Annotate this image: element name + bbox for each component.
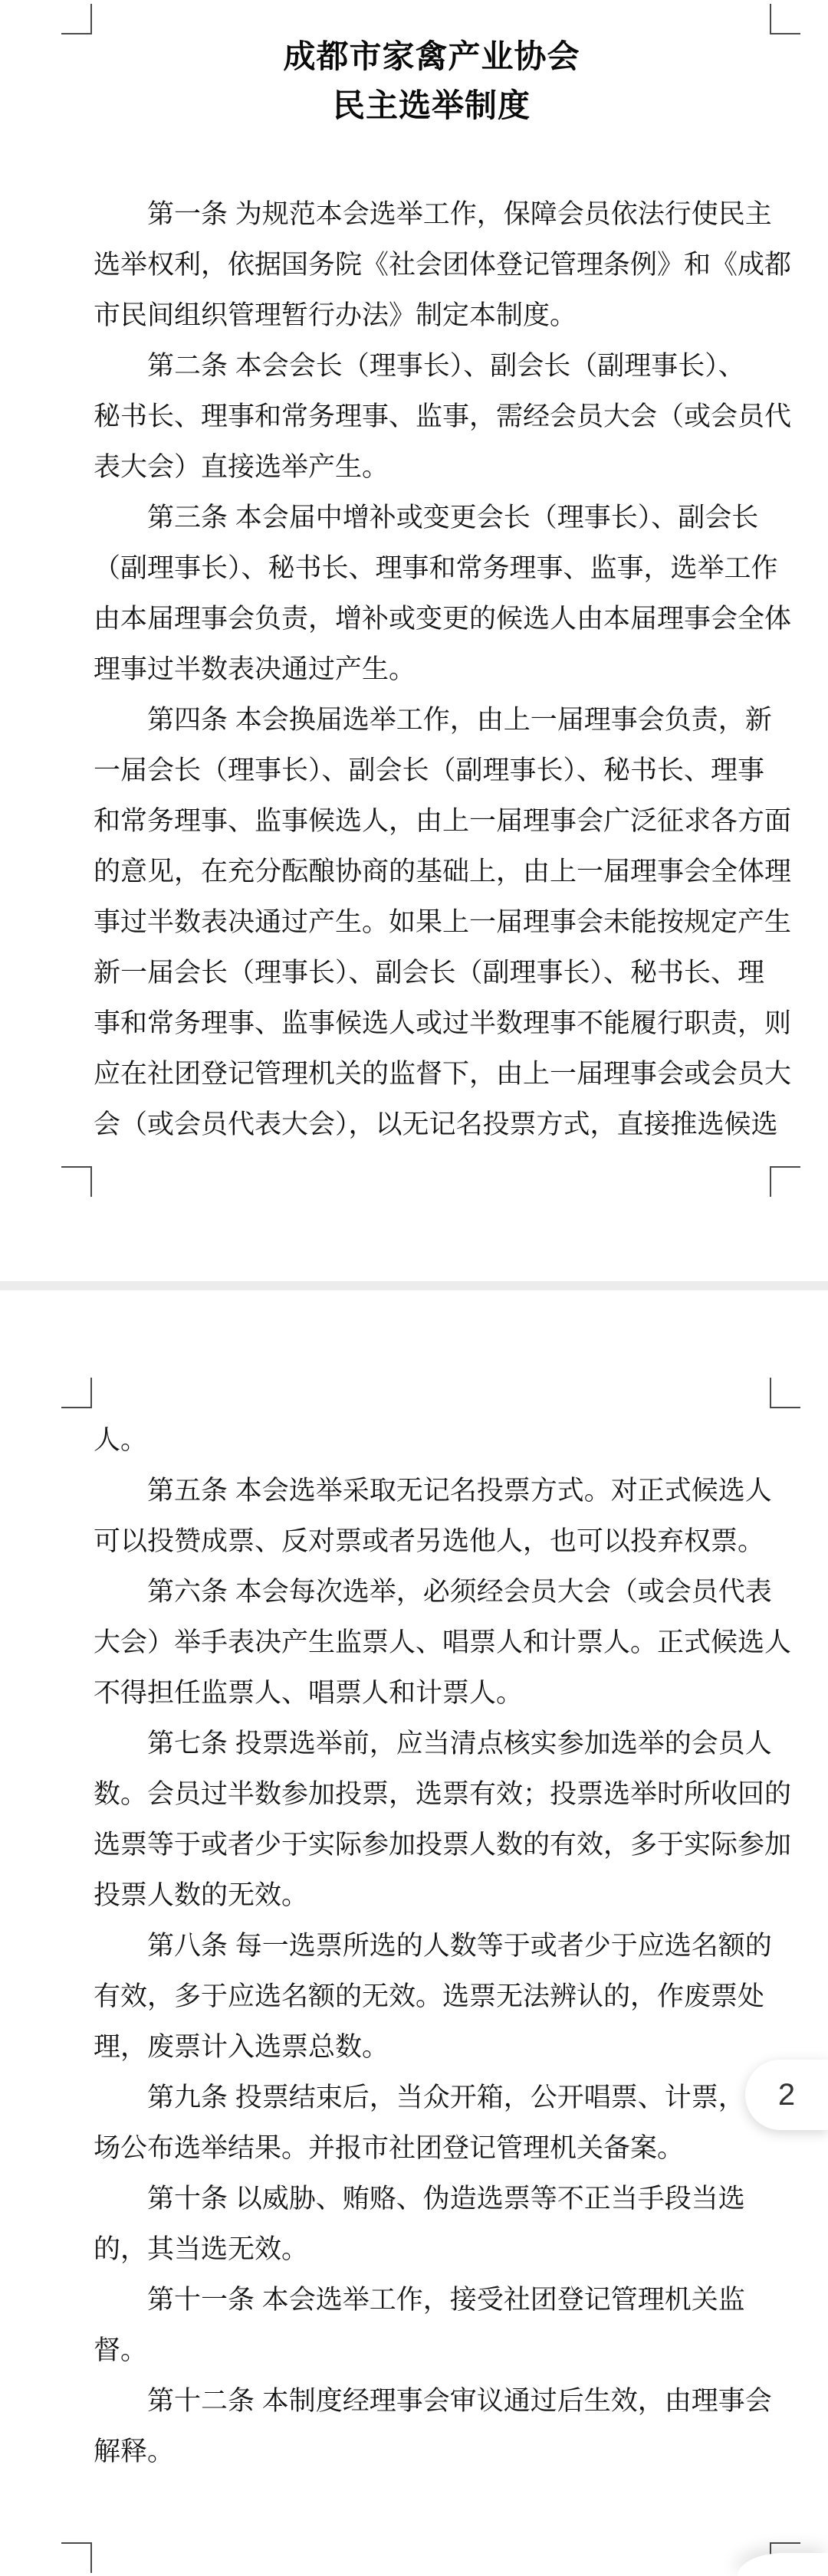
text-boundary-mark-bottom-left	[61, 1166, 92, 1197]
text-line: 第一条 为规范本会选举工作，保障会员依法行使民主	[94, 189, 770, 240]
text-line: 应在社团登记管理机关的监督下，由上一届理事会或会员大	[94, 1049, 770, 1100]
text-line: 理，废票计入选票总数。	[94, 2022, 770, 2073]
page-2-body-text: 人。第五条 本会选举采取无记名投票方式。对正式候选人可以投赞成票、反对票或者另选…	[94, 1415, 770, 2477]
text-line: 投票人数的无效。	[94, 1870, 770, 1921]
text-boundary-mark-top-right	[770, 1378, 800, 1408]
page-number-label: 2	[778, 2078, 795, 2112]
text-line: 新一届会长（理事长）、副会长（副理事长）、秘书长、理	[94, 948, 770, 998]
text-boundary-mark-bottom-right	[770, 1166, 800, 1197]
text-line: 会（或会员代表大会），以无记名投票方式，直接推选候选	[94, 1100, 770, 1150]
page-number-bubble: 2	[745, 2060, 828, 2130]
text-line: 第十二条 本制度经理事会审议通过后生效，由理事会	[94, 2376, 770, 2427]
text-line: 不得担任监票人、唱票人和计票人。	[94, 1668, 770, 1719]
text-line: 有效，多于应选名额的无效。选票无法辨认的，作废票处	[94, 1971, 770, 2022]
text-line: 第六条 本会每次选举，必须经会员大会（或会员代表	[94, 1567, 770, 1617]
document-title-line-2: 民主选举制度	[94, 81, 770, 130]
text-line: 的，其当选无效。	[94, 2224, 770, 2275]
text-line: 由本届理事会负责，增补或变更的候选人由本届理事会全体	[94, 594, 770, 644]
text-line: 数。会员过半数参加投票，选票有效；投票选举时所收回的	[94, 1769, 770, 1820]
text-line: 场公布选举结果。并报市社团登记管理机关备案。	[94, 2123, 770, 2174]
text-line: 第十条 以威胁、贿赂、伪造选票等不正当手段当选	[94, 2174, 770, 2224]
document-title-line-1: 成都市家禽产业协会	[94, 32, 770, 81]
text-line: 大会）举手表决产生监票人、唱票人和计票人。正式候选人	[94, 1617, 770, 1668]
text-line: 第四条 本会换届选举工作，由上一届理事会负责，新	[94, 695, 770, 746]
document-title: 成都市家禽产业协会 民主选举制度	[94, 32, 770, 130]
text-line: 解释。	[94, 2427, 770, 2477]
text-line: 理事过半数表决通过产生。	[94, 644, 770, 695]
document-page-2: 人。第五条 本会选举采取无记名投票方式。对正式候选人可以投赞成票、反对票或者另选…	[0, 1290, 828, 2576]
text-line: 选举权利，依据国务院《社会团体登记管理条例》和《成都	[94, 240, 770, 290]
text-line: 第三条 本会届中增补或变更会长（理事长）、副会长	[94, 493, 770, 543]
text-line: 人。	[94, 1415, 770, 1466]
text-line: 秘书长、理事和常务理事、监事，需经会员大会（或会员代	[94, 392, 770, 442]
text-line: （副理事长）、秘书长、理事和常务理事、监事，选举工作	[94, 543, 770, 594]
text-line: 市民间组织管理暂行办法》制定本制度。	[94, 290, 770, 341]
text-line: 事过半数表决通过产生。如果上一届理事会未能按规定产生	[94, 897, 770, 948]
page-1-body-text: 第一条 为规范本会选举工作，保障会员依法行使民主选举权利，依据国务院《社会团体登…	[94, 189, 770, 1150]
document-viewer: 成都市家禽产业协会 民主选举制度 第一条 为规范本会选举工作，保障会员依法行使民…	[0, 0, 828, 2576]
text-line: 第五条 本会选举采取无记名投票方式。对正式候选人	[94, 1466, 770, 1516]
document-page-1: 成都市家禽产业协会 民主选举制度 第一条 为规范本会选举工作，保障会员依法行使民…	[0, 0, 828, 1281]
text-line: 选票等于或者少于实际参加投票人数的有效，多于实际参加	[94, 1820, 770, 1870]
text-line: 第十一条 本会选举工作，接受社团登记管理机关监	[94, 2275, 770, 2325]
text-line: 第七条 投票选举前，应当清点核实参加选举的会员人	[94, 1719, 770, 1769]
text-boundary-mark-bottom-left	[61, 2542, 92, 2573]
text-line: 第九条 投票结束后，当众开箱，公开唱票、计票，当	[94, 2073, 770, 2123]
text-boundary-mark-top-left	[61, 4, 92, 34]
text-line: 督。	[94, 2325, 770, 2376]
text-line: 可以投赞成票、反对票或者另选他人，也可以投弃权票。	[94, 1516, 770, 1567]
text-boundary-mark-top-right	[770, 4, 800, 34]
text-line: 第二条 本会会长（理事长）、副会长（副理事长）、	[94, 341, 770, 392]
text-line: 表大会）直接选举产生。	[94, 442, 770, 493]
text-line: 事和常务理事、监事候选人或过半数理事不能履行职责，则	[94, 998, 770, 1049]
text-line: 和常务理事、监事候选人，由上一届理事会广泛征求各方面	[94, 796, 770, 847]
text-boundary-mark-top-left	[61, 1378, 92, 1408]
text-line: 的意见，在充分酝酿协商的基础上，由上一届理事会全体理	[94, 847, 770, 897]
text-line: 第八条 每一选票所选的人数等于或者少于应选名额的	[94, 1921, 770, 1971]
text-line: 一届会长（理事长）、副会长（副理事长）、秘书长、理事	[94, 746, 770, 796]
